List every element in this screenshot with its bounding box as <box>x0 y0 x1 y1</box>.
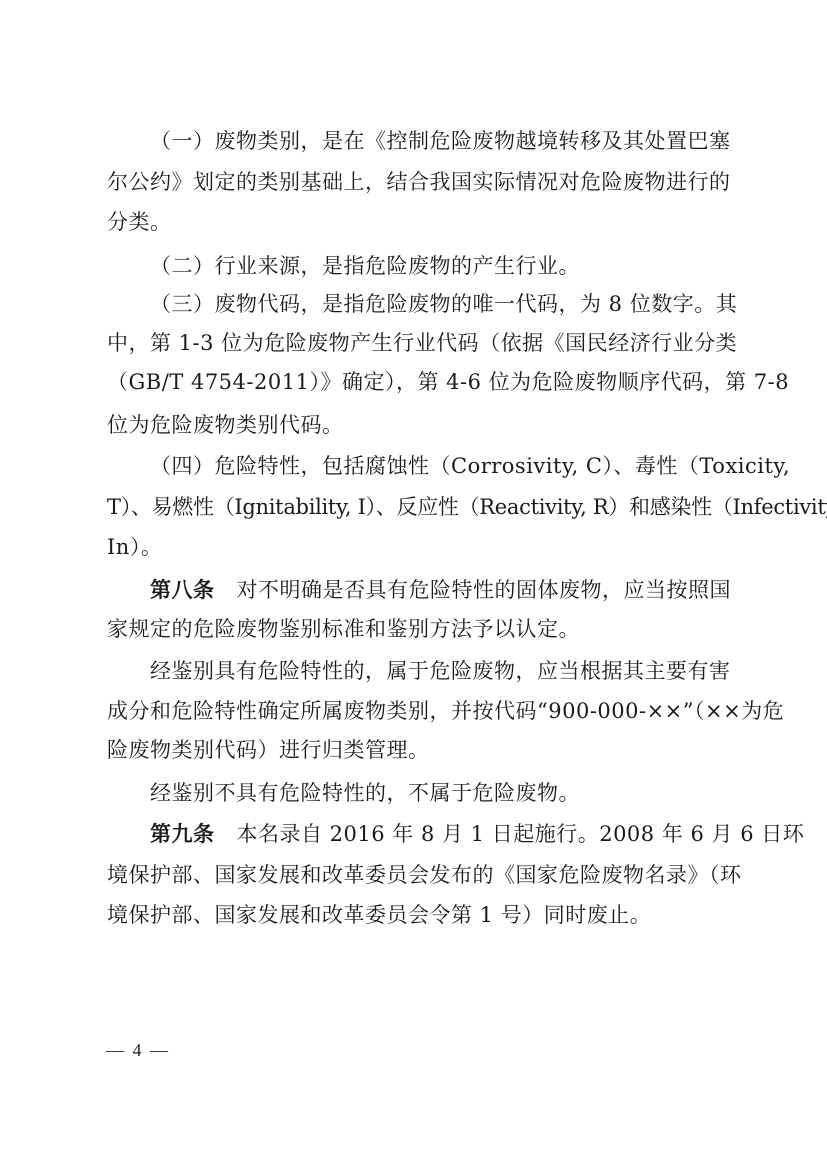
article8-line1: 第八条对不明确是否具有危险特性的固体废物，应当按照国 <box>150 575 719 605</box>
item1-line3: 分类。 <box>107 207 719 237</box>
article8-p2-line1: 经鉴别具有危险特性的，属于危险废物，应当根据其主要有害 <box>150 656 719 686</box>
article9-heading: 第九条 <box>150 822 215 846</box>
page-number: — 4 — <box>106 1039 170 1061</box>
item1-line2: 尔公约》划定的类别基础上，结合我国实际情况对危险废物进行的 <box>107 167 719 197</box>
item1-line1: （一）废物类别，是在《控制危险废物越境转移及其处置巴塞 <box>150 126 719 156</box>
article9-text: 本名录自 2016 年 8 月 1 日起施行。2008 年 6 月 6 日环 <box>237 822 805 846</box>
document-page: （一）废物类别，是在《控制危险废物越境转移及其处置巴塞 尔公约》划定的类别基础上… <box>0 0 827 1170</box>
article8-p2-line2: 成分和危险特性确定所属废物类别，并按代码“900-000-××”（××为危 <box>107 696 719 726</box>
article9-line2: 境保护部、国家发展和改革委员会发布的《国家危险废物名录》（环 <box>107 860 719 890</box>
item3-line3: （GB/T 4754-2011）》确定），第 4-6 位为危险废物顺序代码，第 … <box>107 367 719 397</box>
article8-text: 对不明确是否具有危险特性的固体废物，应当按照国 <box>237 578 732 602</box>
item4-line2: T）、易燃性（Ignitability, I）、反应性（Reactivity, … <box>107 492 719 522</box>
article8-p2-line3: 险废物类别代码）进行归类管理。 <box>107 735 719 765</box>
article9-line3: 境保护部、国家发展和改革委员会令第 1 号）同时废止。 <box>107 900 719 930</box>
article8-line2: 家规定的危险废物鉴别标准和鉴别方法予以认定。 <box>107 614 719 644</box>
item4-line3: In）。 <box>107 532 719 562</box>
article8-p3-line1: 经鉴别不具有危险特性的，不属于危险废物。 <box>150 778 719 808</box>
article9-line1: 第九条本名录自 2016 年 8 月 1 日起施行。2008 年 6 月 6 日… <box>150 819 719 849</box>
item2-line1: （二）行业来源，是指危险废物的产生行业。 <box>150 251 719 281</box>
item4-line1: （四）危险特性，包括腐蚀性（Corrosivity, C）、毒性（Toxicit… <box>150 451 719 481</box>
item3-line4: 位为危险废物类别代码。 <box>107 410 719 440</box>
article8-heading: 第八条 <box>150 578 215 602</box>
item3-line2: 中，第 1-3 位为危险废物产生行业代码（依据《国民经济行业分类 <box>107 328 719 358</box>
item3-line1: （三）废物代码，是指危险废物的唯一代码，为 8 位数字。其 <box>150 289 719 319</box>
